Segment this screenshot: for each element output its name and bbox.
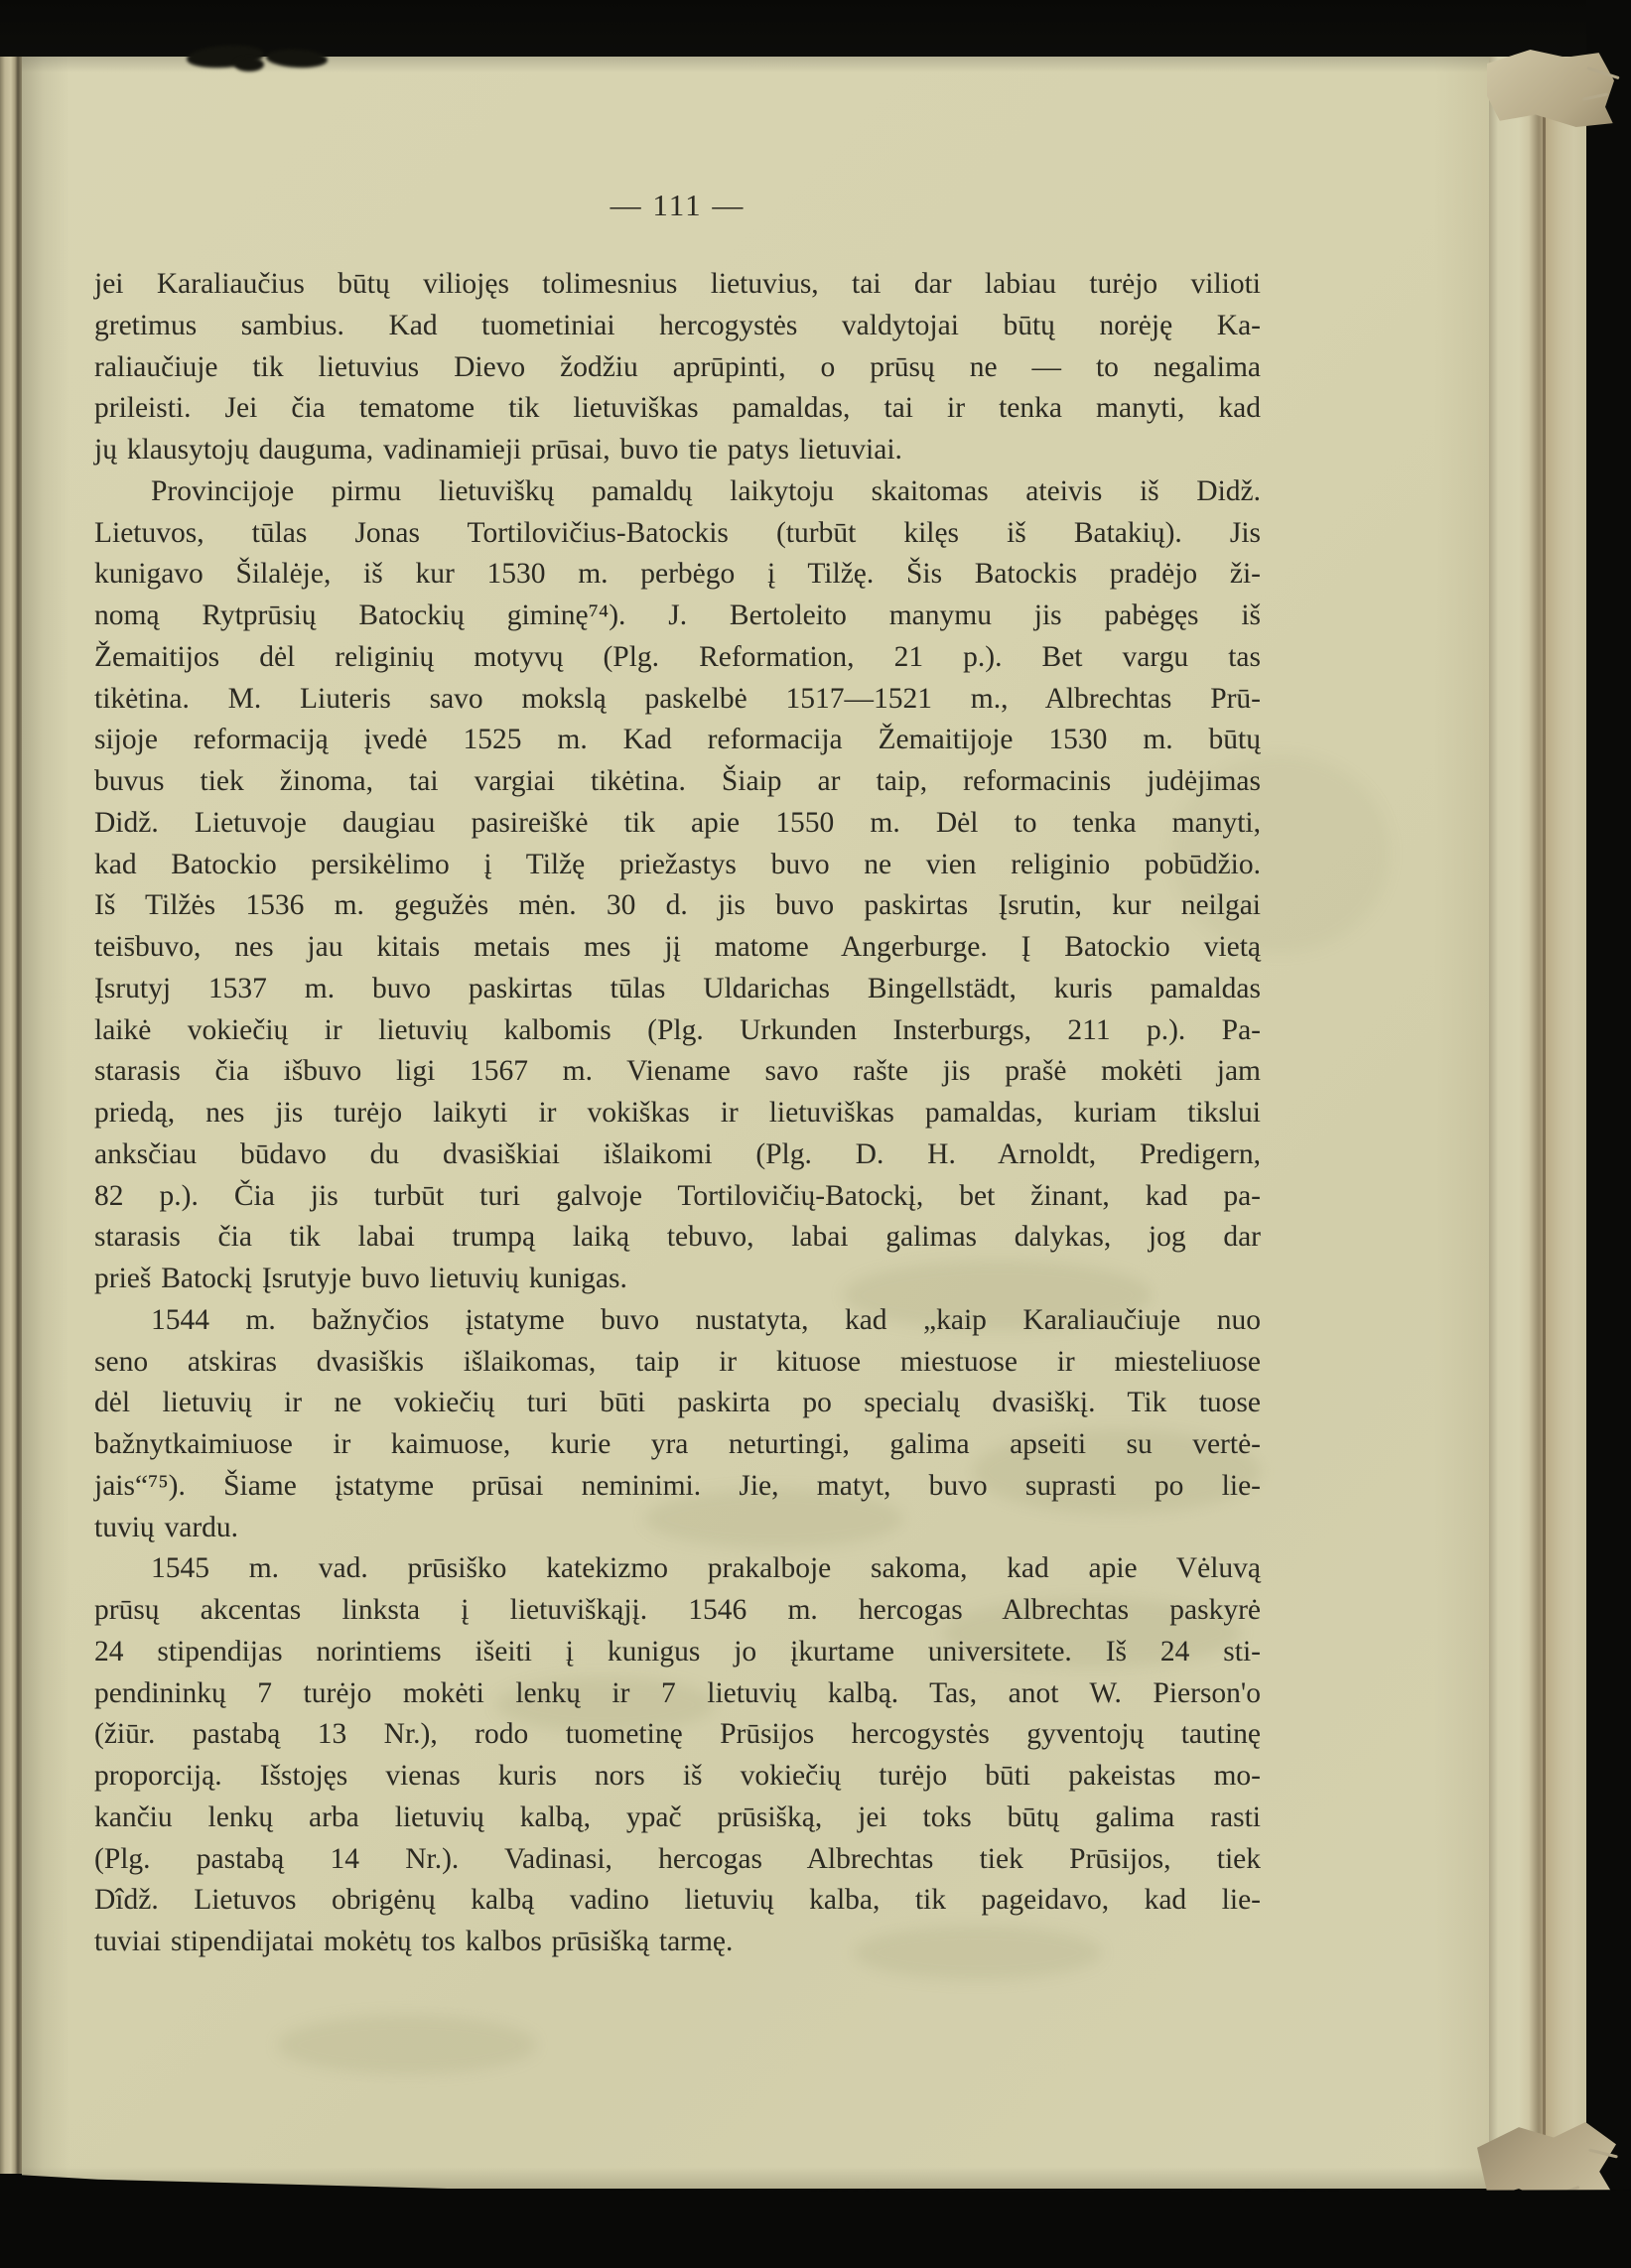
showthrough-blob bbox=[278, 2015, 536, 2074]
text-line: pendininkų 7 turėjo mokėti lenkų ir 7 li… bbox=[94, 1673, 1261, 1715]
text-line: jais“⁷⁵). Šiame įstatyme prūsai neminimi… bbox=[94, 1466, 1261, 1508]
text-line: raliaučiuje tik lietuvius Dievo žodžiu a… bbox=[94, 347, 1261, 389]
text-line: Įsrutyj 1537 m. buvo paskirtas tūlas Uld… bbox=[94, 969, 1261, 1010]
text-line: proporciją. Išstojęs vienas kuris nors i… bbox=[94, 1756, 1261, 1798]
top-edge-smudge bbox=[234, 58, 264, 71]
text-line: priedą, nes jis turėjo laikyti ir vokišk… bbox=[94, 1093, 1261, 1134]
text-line: prūsų akcentas linksta į lietuviškąjį. 1… bbox=[94, 1590, 1261, 1632]
text-line: Dîdž. Lietuvos obrigėnų kalbą vadino lie… bbox=[94, 1880, 1261, 1922]
text-line: nomą Rytprūsių Batockių giminę⁷⁴). J. Be… bbox=[94, 596, 1261, 637]
text-line: Lietuvos, tūlas Jonas Tortilovičius-Bato… bbox=[94, 513, 1261, 555]
text-line: 1545 m. vad. prūsiško katekizmo prakalbo… bbox=[94, 1548, 1261, 1590]
text-line: seno atskiras dvasiškis išlaikomas, taip… bbox=[94, 1342, 1261, 1384]
text-line: tuviai stipendijatai mokėtų tos kalbos p… bbox=[94, 1922, 1261, 1963]
fore-edge-seam-line bbox=[1543, 57, 1546, 2189]
text-line: jų klausytojų dauguma, vadinamieji prūsa… bbox=[94, 430, 1261, 471]
text-line: (žiūr. pastabą 13 Nr.), rodo tuometinę P… bbox=[94, 1714, 1261, 1756]
text-line: Provincijoje pirmu lietuviškų pamaldų la… bbox=[94, 471, 1261, 513]
text-line: teis̄buvo, nes jau kitais metais mes jį … bbox=[94, 927, 1261, 969]
text-line: anksčiau būdavo du dvasiškiai išlaikomi … bbox=[94, 1134, 1261, 1176]
text-line: starasis čia tik labai trumpą laiką tebu… bbox=[94, 1217, 1261, 1259]
text-line: Iš Tilžės 1536 m. gegužės mėn. 30 d. jis… bbox=[94, 885, 1261, 927]
backdrop-right-band bbox=[1586, 0, 1631, 2268]
text-line: (Plg. pastabą 14 Nr.). Vadinasi, hercoga… bbox=[94, 1839, 1261, 1881]
corner-fray-top bbox=[1487, 50, 1614, 127]
text-line: 24 stipendijas norintiems išeiti į kunig… bbox=[94, 1632, 1261, 1673]
text-line: tuvių vardu. bbox=[94, 1508, 1261, 1549]
text-line: prieš Batockį Įsrutyje buvo lietuvių kun… bbox=[94, 1259, 1261, 1300]
text-line: Didž. Lietuvoje daugiau pasireiškė tik a… bbox=[94, 803, 1261, 845]
body-text: jei Karaliaučius būtų viliojęs tolimesni… bbox=[94, 264, 1261, 1963]
text-line: sijoje reformaciją įvedė 1525 m. Kad ref… bbox=[94, 720, 1261, 761]
text-line: starasis čia išbuvo ligi 1567 m. Viename… bbox=[94, 1051, 1261, 1093]
text-line: dėl lietuvių ir ne vokiečių turi būti pa… bbox=[94, 1383, 1261, 1424]
text-line: bažnytkaimiuose ir kaimuose, kurie yra n… bbox=[94, 1424, 1261, 1466]
page-number: — 111 — bbox=[94, 188, 1261, 223]
text-line: kad Batockio persikėlimo į Tilžę priežas… bbox=[94, 845, 1261, 886]
text-line: prileisti. Jei čia tematome tik lietuviš… bbox=[94, 388, 1261, 430]
adjacent-page-strip bbox=[0, 57, 22, 2174]
text-line: laikė vokiečių ir lietuvių kalbomis (Plg… bbox=[94, 1010, 1261, 1052]
text-line: jei Karaliaučius būtų viliojęs tolimesni… bbox=[94, 264, 1261, 306]
text-line: buvus tiek žinoma, tai vargiai tikėtina.… bbox=[94, 761, 1261, 803]
book-fore-edge bbox=[1489, 57, 1586, 2189]
text-line: gretimus sambius. Kad tuometiniai hercog… bbox=[94, 306, 1261, 347]
text-line: Žemaitijos dėl religinių motyvų (Plg. Re… bbox=[94, 637, 1261, 679]
text-line: 1544 m. bažnyčios įstatyme buvo nustatyt… bbox=[94, 1300, 1261, 1342]
text-line: 82 p.). Čia jis turbūt turi galvoje Tort… bbox=[94, 1176, 1261, 1218]
text-line: tikėtina. M. Liuteris savo mokslą paskel… bbox=[94, 679, 1261, 721]
text-line: kančiu lenkų arba lietuvių kalbą, ypač p… bbox=[94, 1798, 1261, 1839]
text-line: kunigavo Šilalėje, iš kur 1530 m. perbėg… bbox=[94, 554, 1261, 596]
